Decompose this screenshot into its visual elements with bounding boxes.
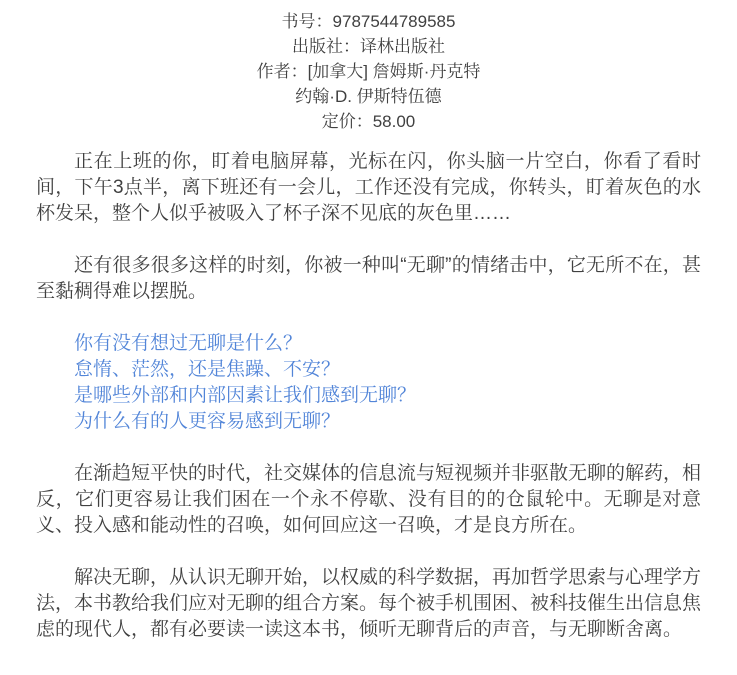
- book-publisher-value: 译林出版社: [360, 37, 445, 56]
- book-price-line: 定价：58.00: [0, 109, 737, 134]
- book-price-value: 58.00: [373, 112, 416, 131]
- description-paragraph-3: 在渐趋短平快的时代，社交媒体的信息流与短视频并非驱散无聊的解药，相反，它们更容易…: [36, 461, 701, 539]
- book-isbn-value: 9787544789585: [333, 12, 456, 31]
- question-item-2: 怠惰、茫然，还是焦躁、不安？: [36, 357, 701, 383]
- description-paragraph-1: 正在上班的你，盯着电脑屏幕，光标在闪，你头脑一片空白，你看了看时间，下午3点半，…: [36, 149, 701, 227]
- book-author-line: 作者：[加拿大] 詹姆斯·丹克特: [0, 59, 737, 84]
- description-paragraph-2: 还有很多很多这样的时刻，你被一种叫“无聊”的情绪击中，它无所不在，甚至黏稠得难以…: [36, 253, 701, 305]
- book-isbn-label: 书号：: [282, 12, 333, 31]
- book-isbn-line: 书号：9787544789585: [0, 9, 737, 34]
- question-item-4: 为什么有的人更容易感到无聊？: [36, 409, 701, 435]
- question-item-1: 你有没有想过无聊是什么？: [36, 331, 701, 357]
- question-list: 你有没有想过无聊是什么？ 怠惰、茫然，还是焦躁、不安？ 是哪些外部和内部因素让我…: [36, 331, 701, 435]
- book-description: 正在上班的你，盯着电脑屏幕，光标在闪，你头脑一片空白，你看了看时间，下午3点半，…: [36, 149, 701, 643]
- book-author-second-line: 约翰·D. 伊斯特伍德: [0, 84, 737, 109]
- description-paragraph-4: 解决无聊，从认识无聊开始，以权威的科学数据，再加哲学思索与心理学方法，本书教给我…: [36, 565, 701, 643]
- book-author-label: 作者：: [257, 62, 308, 81]
- book-author-second-value: 约翰·D. 伊斯特伍德: [295, 87, 441, 106]
- book-publisher-line: 出版社：译林出版社: [0, 34, 737, 59]
- book-description-page: 书号：9787544789585 出版社：译林出版社 作者：[加拿大] 詹姆斯·…: [0, 0, 737, 675]
- book-publisher-label: 出版社：: [292, 37, 360, 56]
- book-info: 书号：9787544789585 出版社：译林出版社 作者：[加拿大] 詹姆斯·…: [0, 0, 737, 134]
- book-author-value: [加拿大] 詹姆斯·丹克特: [308, 62, 481, 81]
- question-item-3: 是哪些外部和内部因素让我们感到无聊？: [36, 383, 701, 409]
- book-price-label: 定价：: [322, 112, 373, 131]
